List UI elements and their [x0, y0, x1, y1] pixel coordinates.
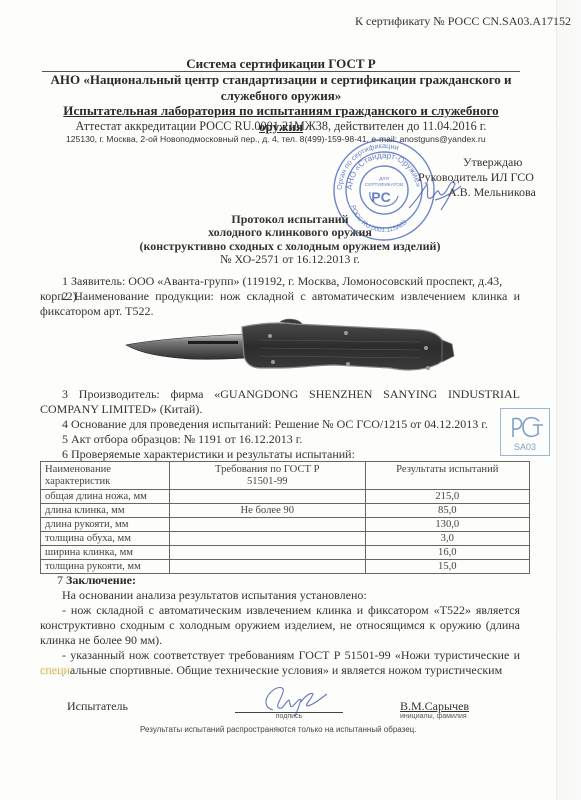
rst-logo-icon: SA03 — [501, 409, 549, 455]
manufacturer-item: 3 Производитель: фирма «GUANGDONG SHENZH… — [40, 387, 520, 417]
conformity-mark: SA03 — [500, 408, 550, 456]
conclusion-number: 7 — [57, 573, 63, 587]
cell-characteristic: толщина рукояти, мм — [41, 560, 170, 574]
cell-characteristic: общая длина ножа, мм — [41, 490, 170, 504]
sampling-act-item: 5 Акт отбора образцов: № 1191 от 16.12.2… — [40, 432, 520, 447]
approval-label: Утверждаю — [463, 155, 522, 170]
table-row: толщина рукояти, мм 15,0 — [41, 560, 530, 574]
protocol-number: № ХО-2571 от 16.12.2013 г. — [120, 252, 460, 267]
redacted-highlight — [40, 667, 70, 675]
basis-item: 4 Основание для проведения испытаний: Ре… — [40, 417, 520, 432]
cell-requirement — [169, 532, 365, 546]
cell-requirement — [169, 546, 365, 560]
cell-result: 15,0 — [365, 560, 529, 574]
cell-result: 85,0 — [365, 504, 529, 518]
svg-text:ДЛЯ: ДЛЯ — [379, 176, 389, 182]
organization-name: АНО «Национальный центр стандартизации и… — [42, 72, 520, 104]
cell-result: 215,0 — [365, 490, 529, 504]
approver-name: А.В. Мельникова — [448, 185, 536, 200]
page-edge — [556, 0, 581, 800]
conclusion-title: Заключение: — [66, 573, 136, 587]
cell-result: 130,0 — [365, 518, 529, 532]
tester-name: В.М.Сарычев — [400, 699, 469, 714]
cell-requirement — [169, 490, 365, 504]
tester-name-caption: инициалы, фамилия — [400, 713, 467, 720]
table-header-row: Наименование характеристик Требования по… — [41, 462, 530, 490]
knife-image — [120, 310, 480, 380]
conclusion-heading: 7 Заключение: — [57, 573, 136, 588]
table-row: длина клинка, мм Не более 90 85,0 — [41, 504, 530, 518]
conclusion-point-2: - указанный нож соответствует требования… — [40, 648, 520, 678]
table-row: ширина клинка, мм 16,0 — [41, 546, 530, 560]
cell-characteristic: длина клинка, мм — [41, 504, 170, 518]
cell-result: 16,0 — [365, 546, 529, 560]
tester-label: Испытатель — [67, 699, 128, 714]
svg-text:СЕРТИФИКАТОВ: СЕРТИФИКАТОВ — [365, 182, 403, 188]
tester-signature-icon — [255, 682, 335, 716]
footer-note: Результаты испытаний распространяются то… — [140, 725, 416, 734]
protocol-subtitle: холодного клинкового оружия — [120, 225, 460, 240]
table-row: толщина обуха, мм 3,0 — [41, 532, 530, 546]
checked-characteristics-item: 6 Проверяемые характеристики и результат… — [40, 447, 520, 462]
results-table: Наименование характеристик Требования по… — [40, 461, 530, 574]
cell-requirement: Не более 90 — [169, 504, 365, 518]
cell-characteristic: длина рукояти, мм — [41, 518, 170, 532]
approver-role: Руководитель ИЛ ГСО — [418, 170, 534, 185]
cell-characteristic: ширина клинка, мм — [41, 546, 170, 560]
signature-caption: подпись — [235, 713, 343, 720]
cell-result: 3,0 — [365, 532, 529, 546]
table-row: общая длина ножа, мм 215,0 — [41, 490, 530, 504]
conclusion-point-1: - нож складной с автоматическим извлечен… — [40, 603, 520, 648]
cell-requirement — [169, 560, 365, 574]
svg-text:SA03: SA03 — [514, 442, 536, 452]
table-row: длина рукояти, мм 130,0 — [41, 518, 530, 532]
certificate-reference: К сертификату № РОСС CN.SA03.A17152 — [355, 14, 571, 29]
cell-characteristic: толщина обуха, мм — [41, 532, 170, 546]
column-header-result: Результаты испытаний — [365, 462, 529, 490]
cell-requirement — [169, 518, 365, 532]
accreditation-info: Аттестат аккредитации РОСС RU.0001.21МЖ3… — [42, 119, 520, 134]
conclusion-intro: На основании анализа результатов испытан… — [62, 588, 522, 603]
column-header-requirement: Требования по ГОСТ Р 51501-99 — [169, 462, 365, 490]
column-header-characteristic: Наименование характеристик — [41, 462, 170, 490]
system-title: Система сертификации ГОСТ Р — [42, 56, 520, 72]
